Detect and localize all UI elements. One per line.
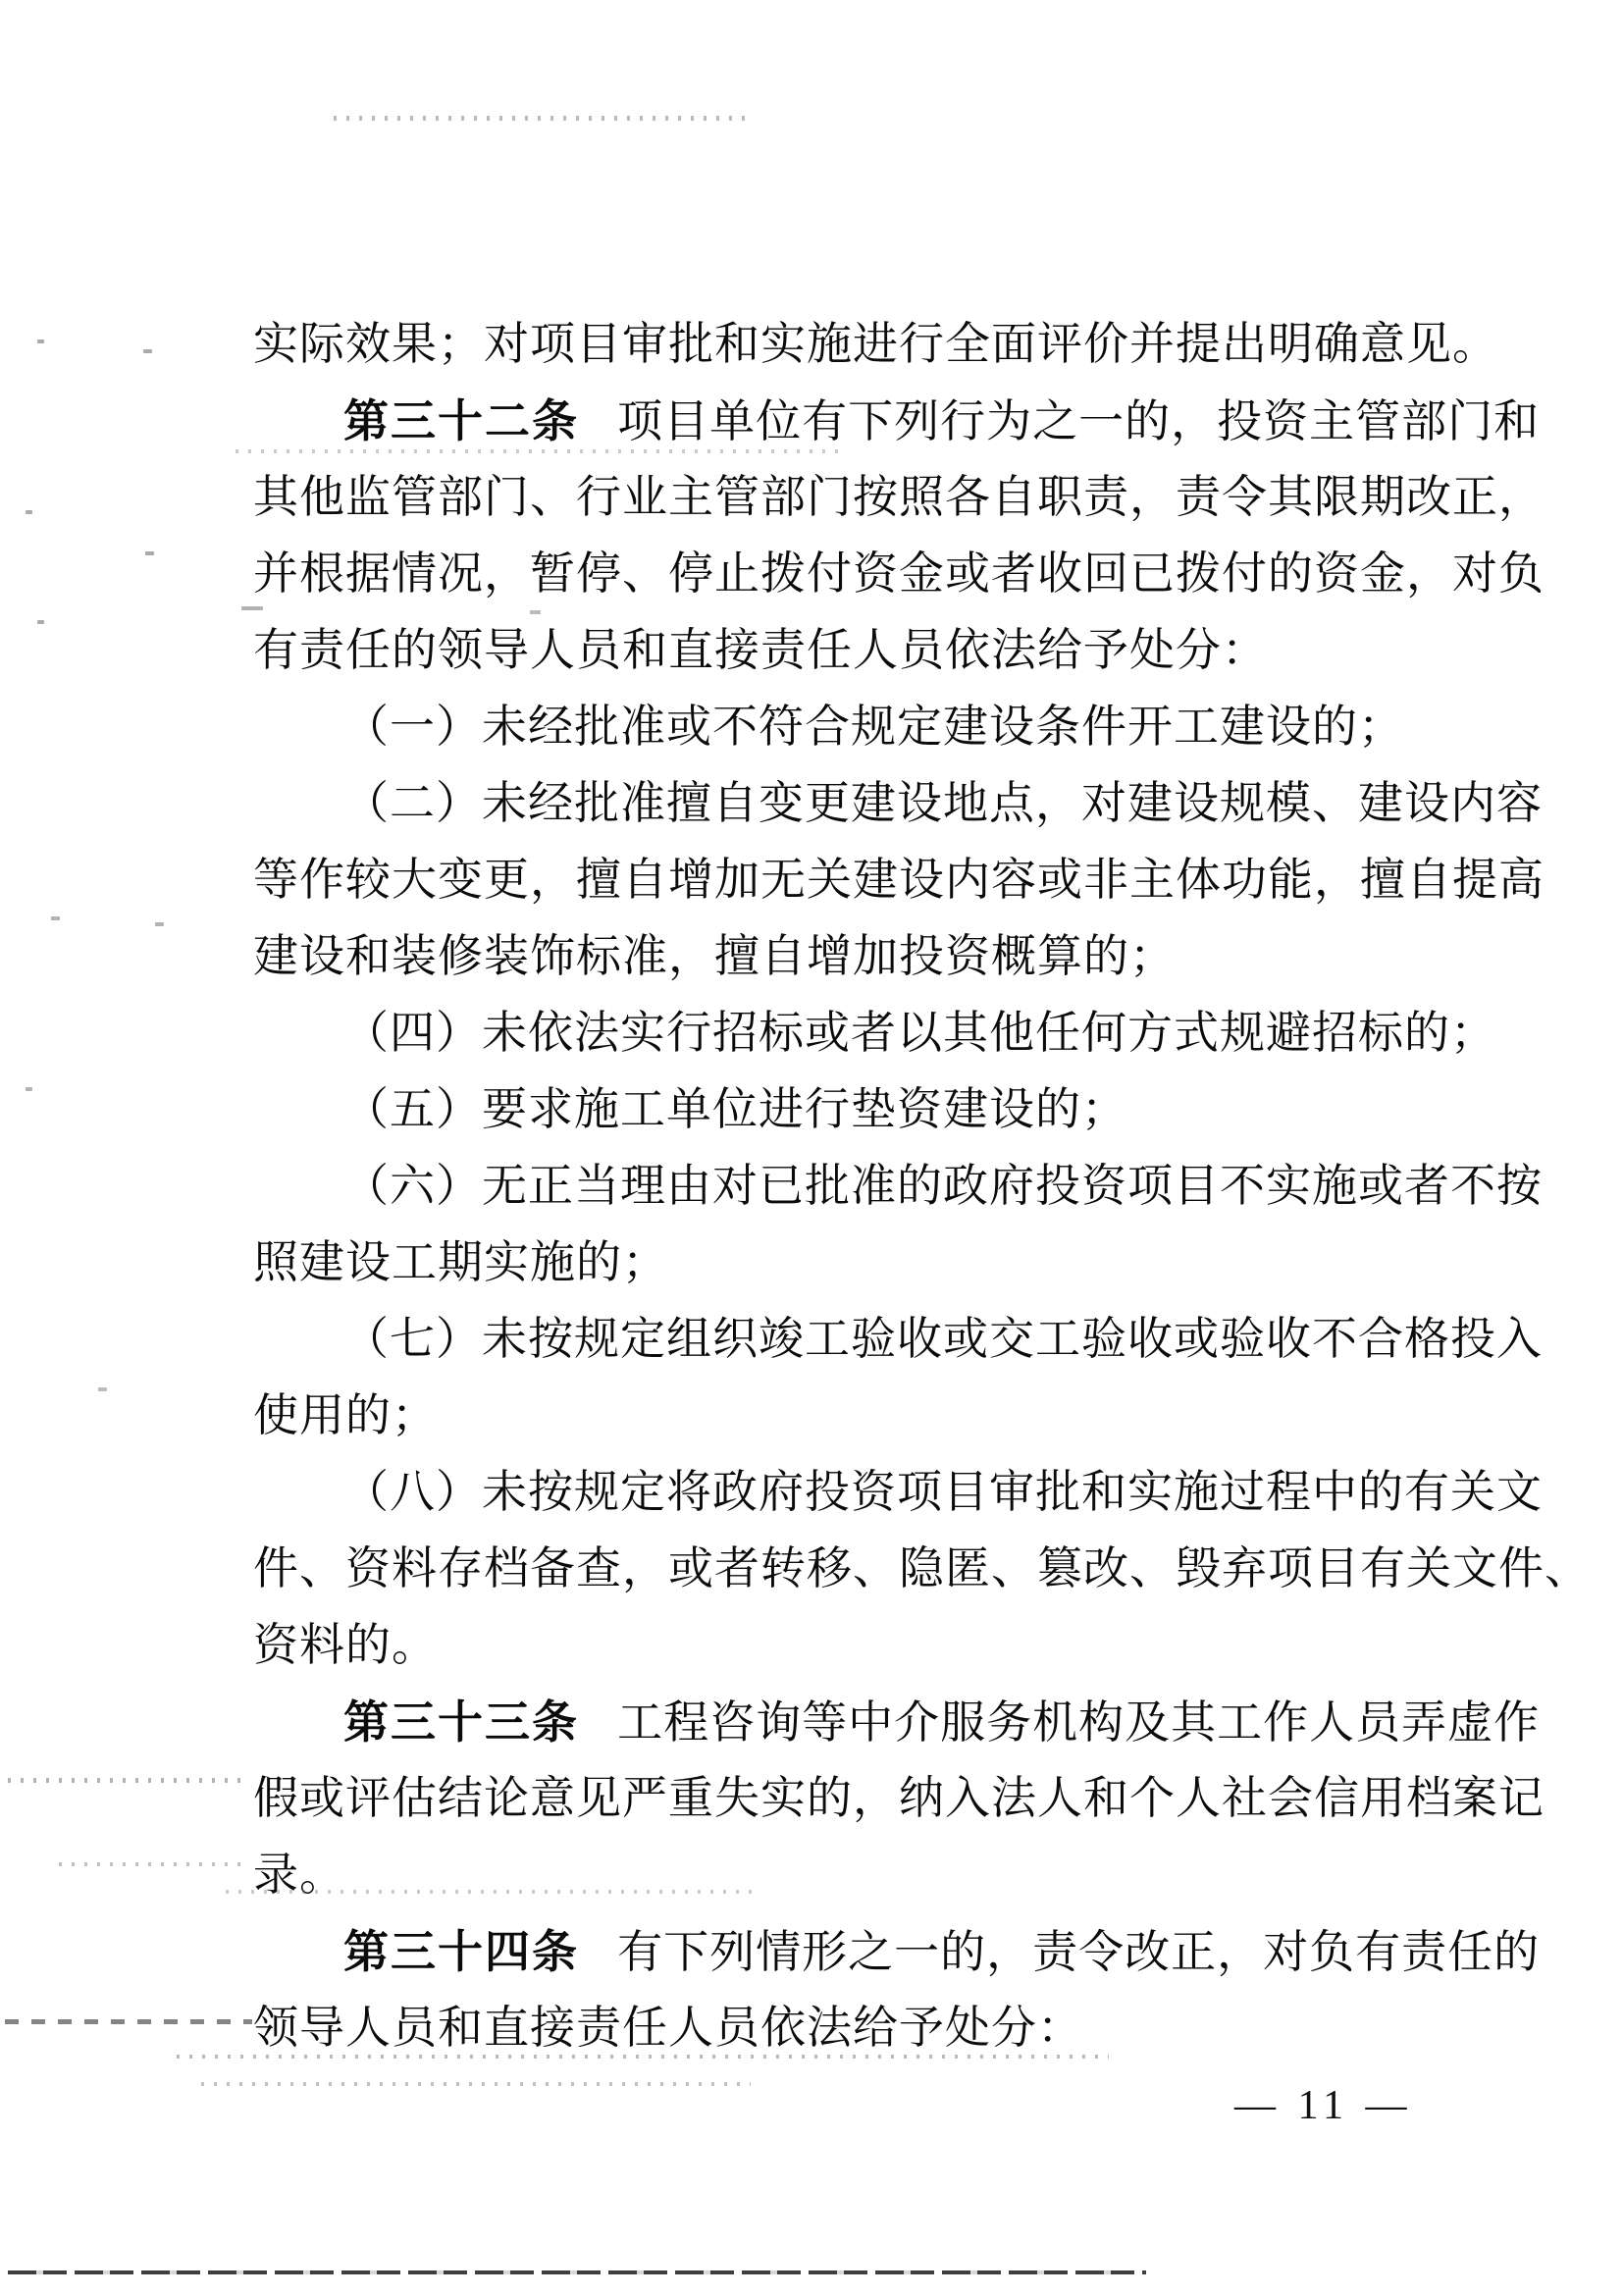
line-text: 项目单位有下列行为之一的，投资主管部门和 [617,396,1540,446]
article-heading: 第三十四条 [343,1926,579,1977]
scan-noise [145,551,154,555]
list-item-2-line: （二）未经批准擅自变更建设地点，对建设规模、建设内容 [253,765,1458,842]
line-text: 使用的； [253,1390,438,1440]
scan-noise [334,116,746,121]
article-heading: 第三十三条 [343,1696,579,1748]
text-line: 件、资料存档备查，或者转移、隐匿、篡改、毁弃项目有关文件、 [253,1531,1458,1607]
scan-noise [26,1087,32,1091]
line-text: （五）要求施工单位进行垫资建设的； [343,1084,1127,1134]
line-text: 领导人员和直接责任人员依法给予处分： [253,2003,1083,2053]
scan-noise [98,1387,107,1391]
line-text: 资料的。 [253,1620,438,1670]
text-line: 等作较大变更，擅自增加无关建设内容或非主体功能，擅自提高 [253,842,1458,918]
scan-noise [143,349,152,353]
list-item-4-line: （四）未依法实行招标或者以其他任何方式规避招标的； [253,995,1458,1071]
text-line: 并根据情况，暂停、停止拨付资金或者收回已拨付的资金，对负 [253,536,1458,612]
scan-noise [51,916,60,920]
scan-noise [59,1862,245,1866]
list-item-7-line: （七）未按规定组织竣工验收或交工验收或验收不合格投入 [253,1301,1458,1378]
line-text: 有下列情形之一的，责令改正，对负有责任的 [617,1927,1540,1977]
scan-noise [37,339,44,343]
scan-noise [26,510,32,514]
line-text: 并根据情况，暂停、停止拨付资金或者收回已拨付的资金，对负 [253,548,1544,599]
text-line: 实际效果；对项目审批和实施进行全面评价并提出明确意见。 [253,306,1458,383]
list-item-8-line: （八）未按规定将政府投资项目审批和实施过程中的有关文 [253,1454,1458,1531]
line-text: 有责任的领导人员和直接责任人员依法给予处分： [253,625,1268,675]
text-line: 领导人员和直接责任人员依法给予处分： [253,1990,1458,2066]
line-text: 照建设工期实施的； [253,1237,668,1287]
line-text: 等作较大变更，擅自增加无关建设内容或非主体功能，擅自提高 [253,855,1544,905]
scan-noise-bottom-line [8,2270,1146,2274]
scan-noise [8,1778,248,1783]
line-text: 实际效果；对项目审批和实施进行全面评价并提出明确意见。 [253,319,1498,369]
line-text: （八）未按规定将政府投资项目审批和实施过程中的有关文 [343,1467,1543,1517]
text-line: 使用的； [253,1378,1458,1454]
article-heading: 第三十二条 [343,395,579,446]
line-text: 录。 [253,1850,345,1900]
scanned-document-page: 实际效果；对项目审批和实施进行全面评价并提出明确意见。 第三十二条项目单位有下列… [0,0,1623,2296]
scan-noise [155,922,164,926]
line-text: （一）未经批准或不符合规定建设条件开工建设的； [343,702,1404,752]
scan-noise [201,2082,751,2086]
line-text: 建设和装修装饰标准，擅自增加投资概算的； [253,931,1176,981]
text-line: 有责任的领导人员和直接责任人员依法给予处分： [253,612,1458,689]
page-number: — 11 — [1234,2082,1412,2129]
scan-noise [37,620,44,624]
text-line: 资料的。 [253,1607,1458,1684]
line-text: （二）未经批准擅自变更建设地点，对建设规模、建设内容 [343,778,1543,828]
text-line: 照建设工期实施的； [253,1225,1458,1301]
list-item-1-line: （一）未经批准或不符合规定建设条件开工建设的； [253,689,1458,765]
text-line: 其他监管部门、行业主管部门按照各自职责，责令其限期改正， [253,459,1458,536]
text-line: 假或评估结论意见严重失实的，纳入法人和个人社会信用档案记 [253,1760,1458,1837]
document-body: 实际效果；对项目审批和实施进行全面评价并提出明确意见。 第三十二条项目单位有下列… [253,306,1458,2066]
line-text: 其他监管部门、行业主管部门按照各自职责，责令其限期改正， [253,472,1544,522]
article-32-line: 第三十二条项目单位有下列行为之一的，投资主管部门和 [253,383,1458,459]
text-line: 录。 [253,1837,1458,1913]
line-text: （七）未按规定组织竣工验收或交工验收或验收不合格投入 [343,1314,1543,1364]
line-text: 工程咨询等中介服务机构及其工作人员弄虚作 [617,1697,1540,1748]
article-33-line: 第三十三条工程咨询等中介服务机构及其工作人员弄虚作 [253,1684,1458,1760]
line-text: （六）无正当理由对已批准的政府投资项目不实施或者不按 [343,1161,1543,1211]
text-line: 建设和装修装饰标准，擅自增加投资概算的； [253,918,1458,995]
line-text: 件、资料存档备查，或者转移、隐匿、篡改、毁弃项目有关文件、 [253,1543,1591,1593]
line-text: 假或评估结论意见严重失实的，纳入法人和个人社会信用档案记 [253,1773,1544,1823]
scan-noise [5,2019,252,2024]
list-item-5-line: （五）要求施工单位进行垫资建设的； [253,1071,1458,1148]
list-item-6-line: （六）无正当理由对已批准的政府投资项目不实施或者不按 [253,1148,1458,1225]
line-text: （四）未依法实行招标或者以其他任何方式规避招标的； [343,1008,1496,1058]
article-34-line: 第三十四条有下列情形之一的，责令改正，对负有责任的 [253,1913,1458,1990]
